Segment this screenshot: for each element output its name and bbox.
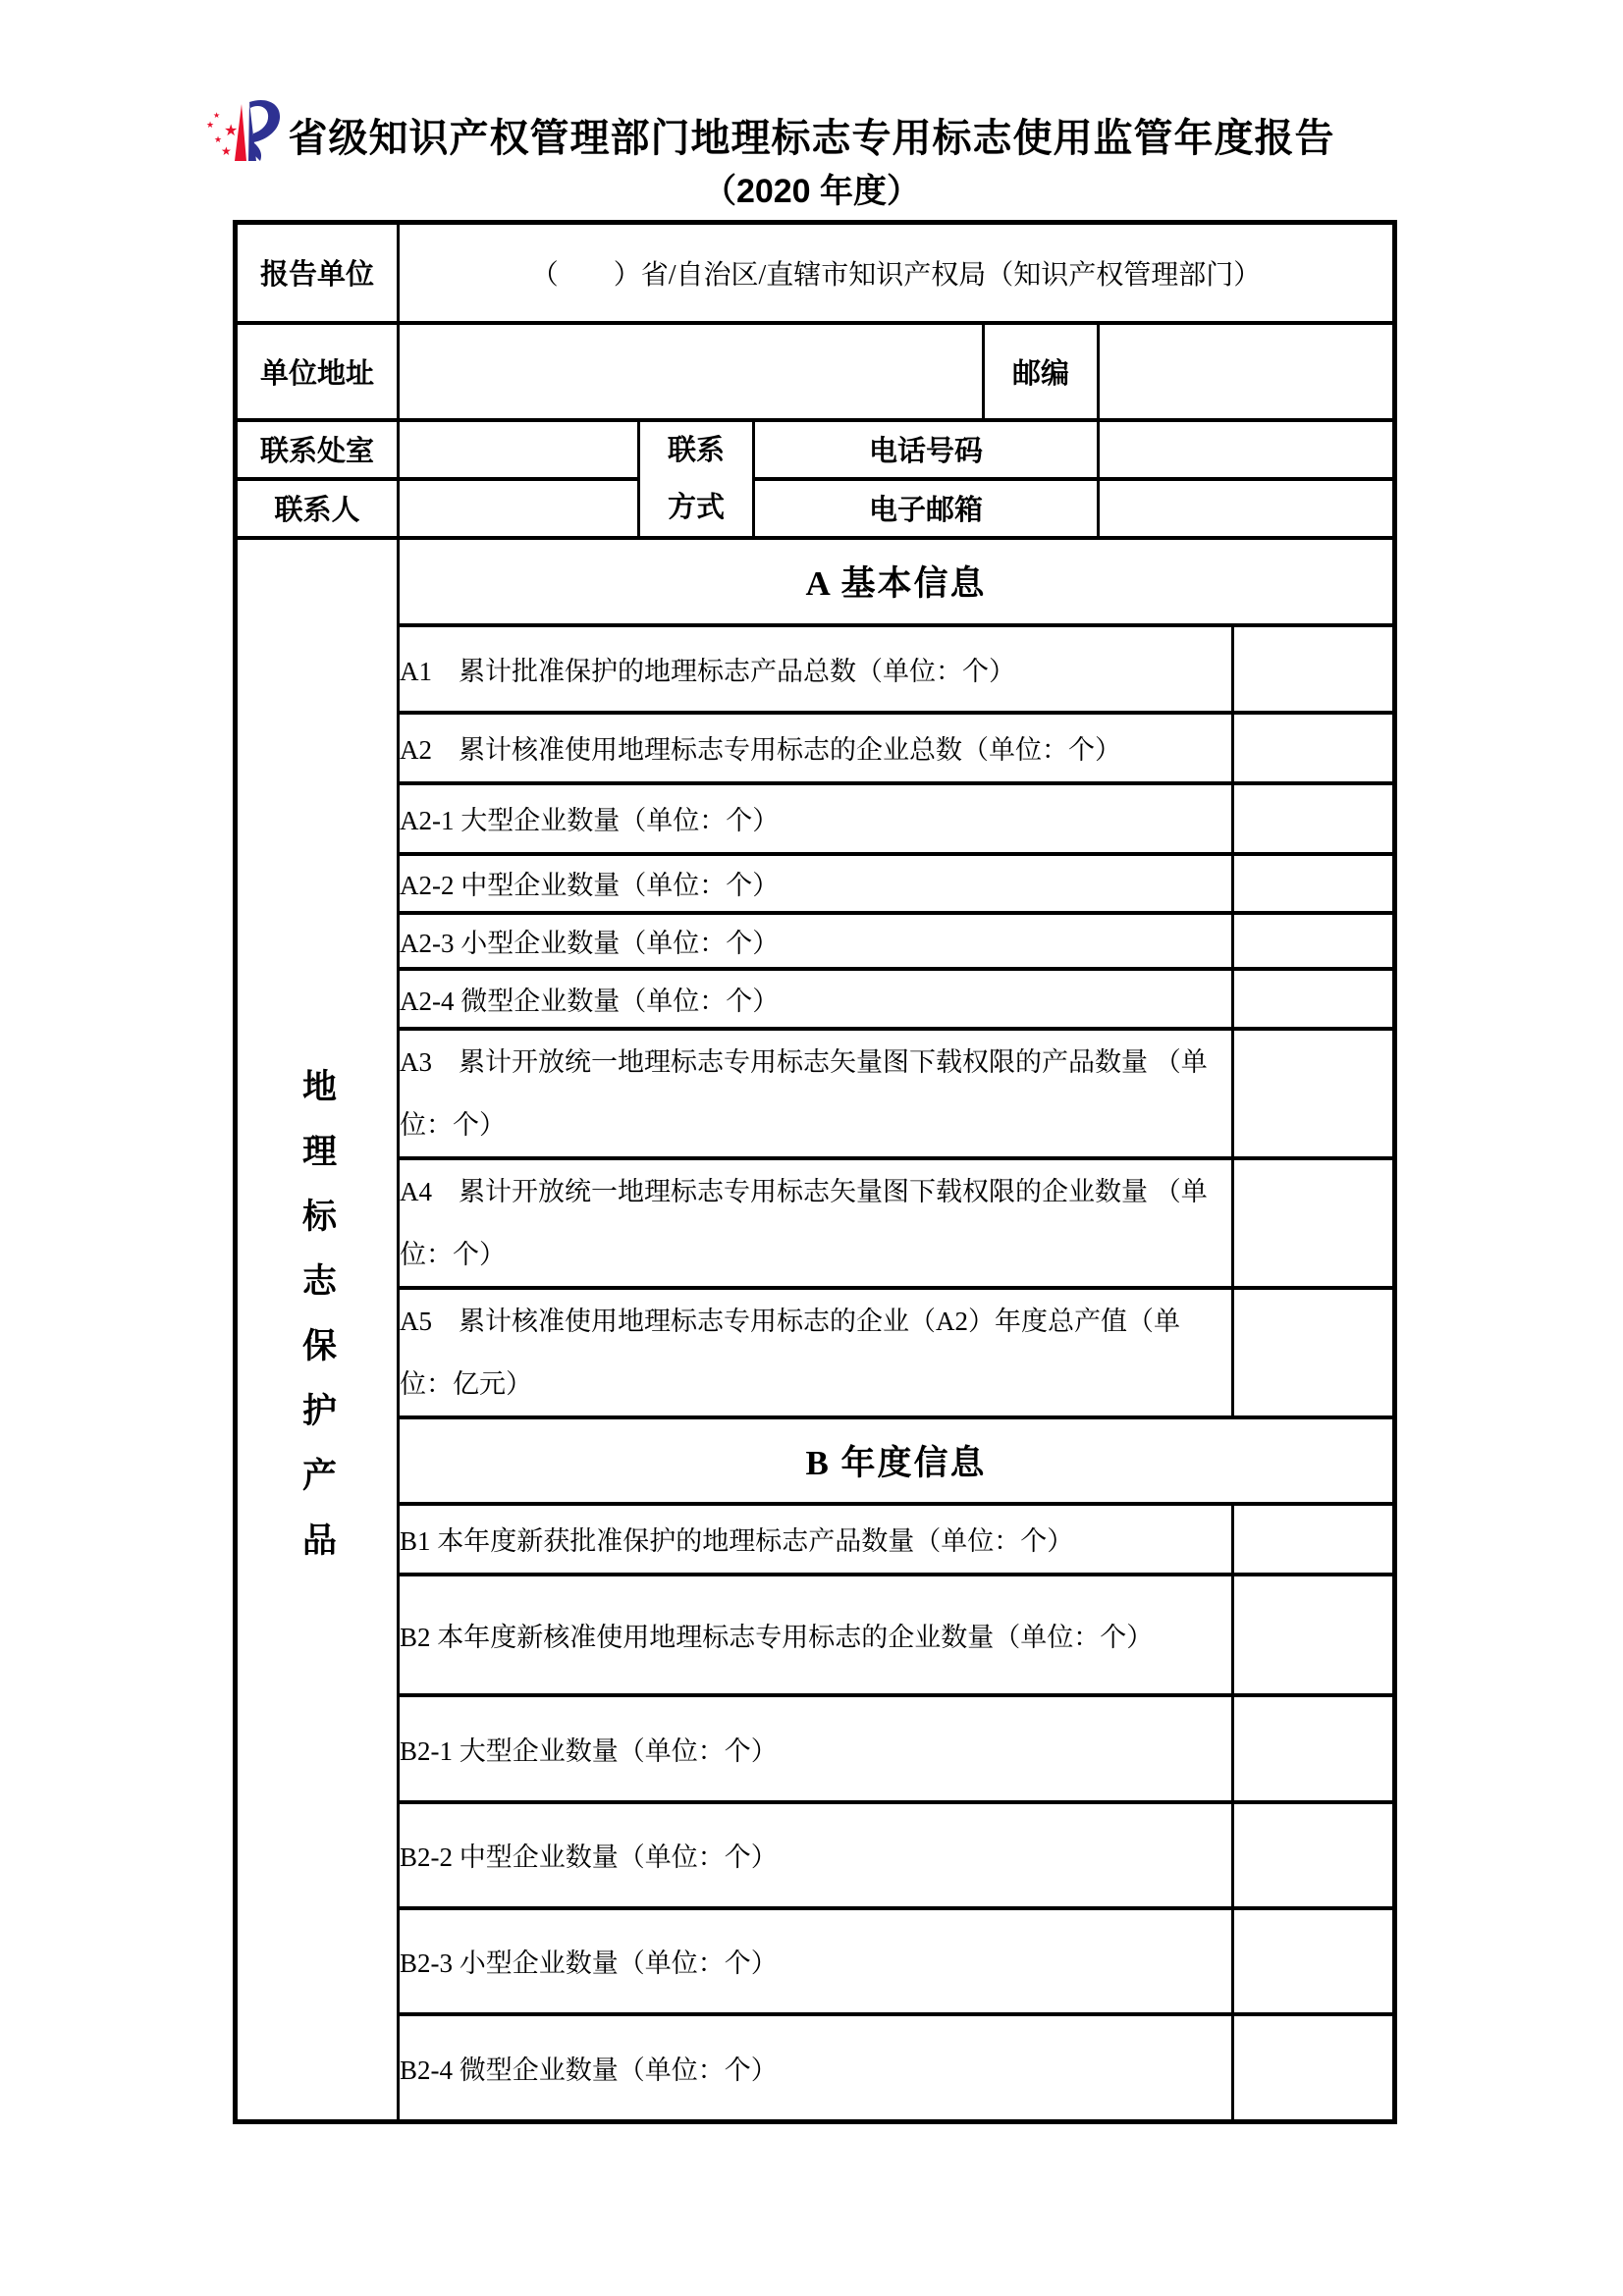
logo-p-bowl — [249, 100, 280, 142]
row-label-a2: A2 累计核准使用地理标志专用标志的企业总数（单位：个） — [399, 713, 1233, 783]
row-label-b2-4: B2-4 微型企业数量（单位：个） — [399, 2014, 1233, 2122]
row-value-a2-1[interactable] — [1233, 783, 1395, 854]
row-label-a4: A4 累计开放统一地理标志专用标志矢量图下载权限的企业数量 （单位：个） — [399, 1158, 1233, 1288]
row-value-b2-2[interactable] — [1233, 1802, 1395, 1908]
row-label-a2-2: A2-2 中型企业数量（单位：个） — [399, 854, 1233, 913]
phone-label: 电话号码 — [754, 420, 1099, 479]
row-value-b2-3[interactable] — [1233, 1908, 1395, 2014]
section-b-header: B 年度信息 — [399, 1417, 1395, 1504]
row-label-b2-1: B2-1 大型企业数量（单位：个） — [399, 1695, 1233, 1802]
contact-office-value-cell[interactable] — [399, 420, 639, 479]
row-value-a3[interactable] — [1233, 1029, 1395, 1158]
address-value-cell[interactable] — [399, 323, 984, 420]
row-value-a1[interactable] — [1233, 625, 1395, 713]
row-value-a5[interactable] — [1233, 1288, 1395, 1417]
row-value-b2-1[interactable] — [1233, 1695, 1395, 1802]
contact-person-value-cell[interactable] — [399, 479, 639, 538]
cnipa-logo-icon: ★ ★ ★ ★ ★ — [204, 96, 289, 169]
contact-office-label: 联系处室 — [236, 420, 399, 479]
document-page: ★ ★ ★ ★ ★ 省级知识产权管理部门地理标志专用标志使用监管年度报告 （20… — [0, 0, 1623, 2296]
row-value-a2[interactable] — [1233, 713, 1395, 783]
logo-star-icon: ★ — [221, 144, 232, 158]
report-unit-label: 报告单位 — [236, 223, 399, 323]
page-subtitle: （2020 年度） — [0, 173, 1623, 210]
logo-star-icon: ★ — [206, 120, 214, 130]
row-label-b2-2: B2-2 中型企业数量（单位：个） — [399, 1802, 1233, 1908]
row-value-b2[interactable] — [1233, 1575, 1395, 1695]
row-value-a2-2[interactable] — [1233, 854, 1395, 913]
postcode-label: 邮编 — [984, 323, 1099, 420]
row-label-b2-3: B2-3 小型企业数量（单位：个） — [399, 1908, 1233, 2014]
row-label-b1: B1 本年度新获批准保护的地理标志产品数量（单位：个） — [399, 1504, 1233, 1575]
row-label-a2-1: A2-1 大型企业数量（单位：个） — [399, 783, 1233, 854]
email-value-cell[interactable] — [1099, 479, 1395, 538]
phone-value-cell[interactable] — [1099, 420, 1395, 479]
contact-method-label: 联系 方式 — [639, 420, 754, 538]
logo-star-icon: ★ — [224, 123, 238, 139]
logo-star-icon: ★ — [213, 111, 220, 120]
sidebar-category-cell: 地理标志保护产品 — [236, 538, 399, 2122]
row-value-a2-4[interactable] — [1233, 969, 1395, 1029]
contact-method-line2: 方式 — [640, 479, 752, 536]
report-form-table: 报告单位 （ ）省/自治区/直辖市知识产权局（知识产权管理部门） 单位地址 邮编… — [233, 220, 1397, 2124]
report-unit-value-cell[interactable]: （ ）省/自治区/直辖市知识产权局（知识产权管理部门） — [399, 223, 1395, 323]
row-label-a2-3: A2-3 小型企业数量（单位：个） — [399, 913, 1233, 969]
email-label: 电子邮箱 — [754, 479, 1099, 538]
postcode-value-cell[interactable] — [1099, 323, 1395, 420]
section-a-header: A 基本信息 — [399, 538, 1395, 625]
row-value-a2-3[interactable] — [1233, 913, 1395, 969]
address-label: 单位地址 — [236, 323, 399, 420]
row-value-b1[interactable] — [1233, 1504, 1395, 1575]
contact-person-label: 联系人 — [236, 479, 399, 538]
row-value-b2-4[interactable] — [1233, 2014, 1395, 2122]
row-label-a2-4: A2-4 微型企业数量（单位：个） — [399, 969, 1233, 1029]
row-label-a5: A5 累计核准使用地理标志专用标志的企业（A2）年度总产值（单位：亿元） — [399, 1288, 1233, 1417]
logo-star-icon: ★ — [214, 134, 222, 144]
row-label-a3: A3 累计开放统一地理标志专用标志矢量图下载权限的产品数量 （单位：个） — [399, 1029, 1233, 1158]
row-label-a1: A1 累计批准保护的地理标志产品总数（单位：个） — [399, 625, 1233, 713]
row-value-a4[interactable] — [1233, 1158, 1395, 1288]
sidebar-vertical-label: 地理标志保护产品 — [300, 1068, 335, 1586]
row-label-b2: B2 本年度新核准使用地理标志专用标志的企业数量（单位：个） — [399, 1575, 1233, 1695]
contact-method-line1: 联系 — [640, 422, 752, 479]
